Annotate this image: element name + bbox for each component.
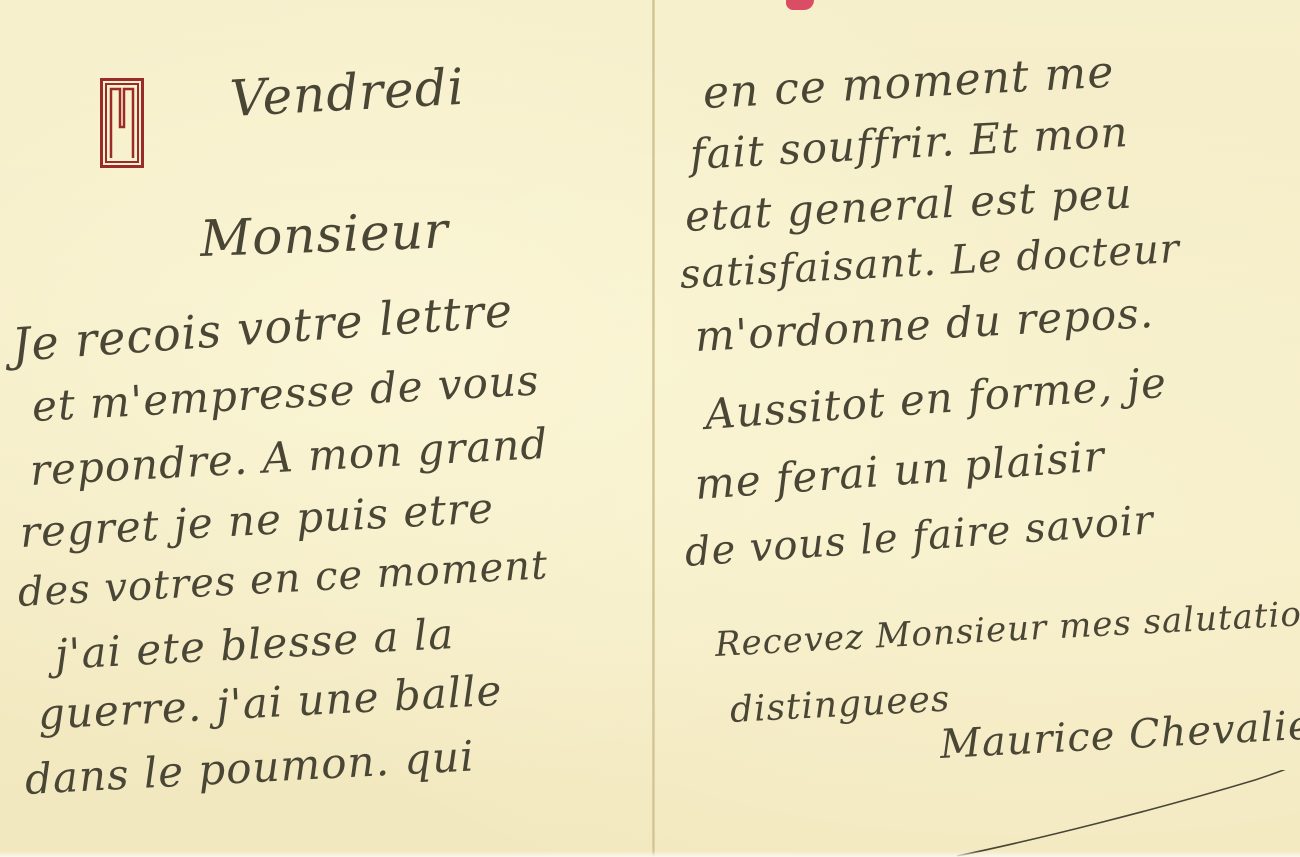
left-page: Vendredi Monsieur Je recois votre lettre… [0, 0, 652, 857]
letter-line: fait souffrir. Et mon [689, 107, 1130, 179]
letter-line: me ferai un plaisir [693, 431, 1106, 509]
letter-line: etat general est peu [684, 169, 1134, 241]
letter-line: regret je ne puis etre [19, 483, 495, 557]
signature: Maurice Chevalier [939, 701, 1300, 768]
letter-line: en ce moment me [702, 46, 1116, 118]
signature-flourish [955, 770, 1295, 857]
letter-line: Je recois votre lettre [10, 283, 515, 372]
letter-line: dans le poumon. qui [24, 731, 476, 803]
letter-closing: Recevez Monsieur mes salutations [714, 592, 1300, 665]
letter-line: de vous le faire savoir [683, 497, 1155, 576]
letter-line: des votres en ce moment [17, 542, 549, 616]
letter-scan: Vendredi Monsieur Je recois votre lettre… [0, 0, 1300, 857]
letter-line: Aussitot en forme, je [703, 358, 1168, 439]
monogram-icon [100, 78, 144, 168]
letter-line: m'ordonne du repos. [694, 288, 1155, 361]
letter-salutation: Monsieur [199, 201, 450, 268]
paper-edge [0, 851, 1300, 857]
letter-date: Vendredi [228, 58, 466, 128]
letter-line: j'ai ete blesse a la [54, 609, 456, 679]
letter-line: guerre. j'ai une balle [37, 666, 504, 739]
letter-line: et m'empresse de vous [31, 355, 541, 431]
letter-closing: distinguees [729, 678, 951, 730]
right-page: en ce moment me fait souffrir. Et mon et… [655, 0, 1300, 857]
